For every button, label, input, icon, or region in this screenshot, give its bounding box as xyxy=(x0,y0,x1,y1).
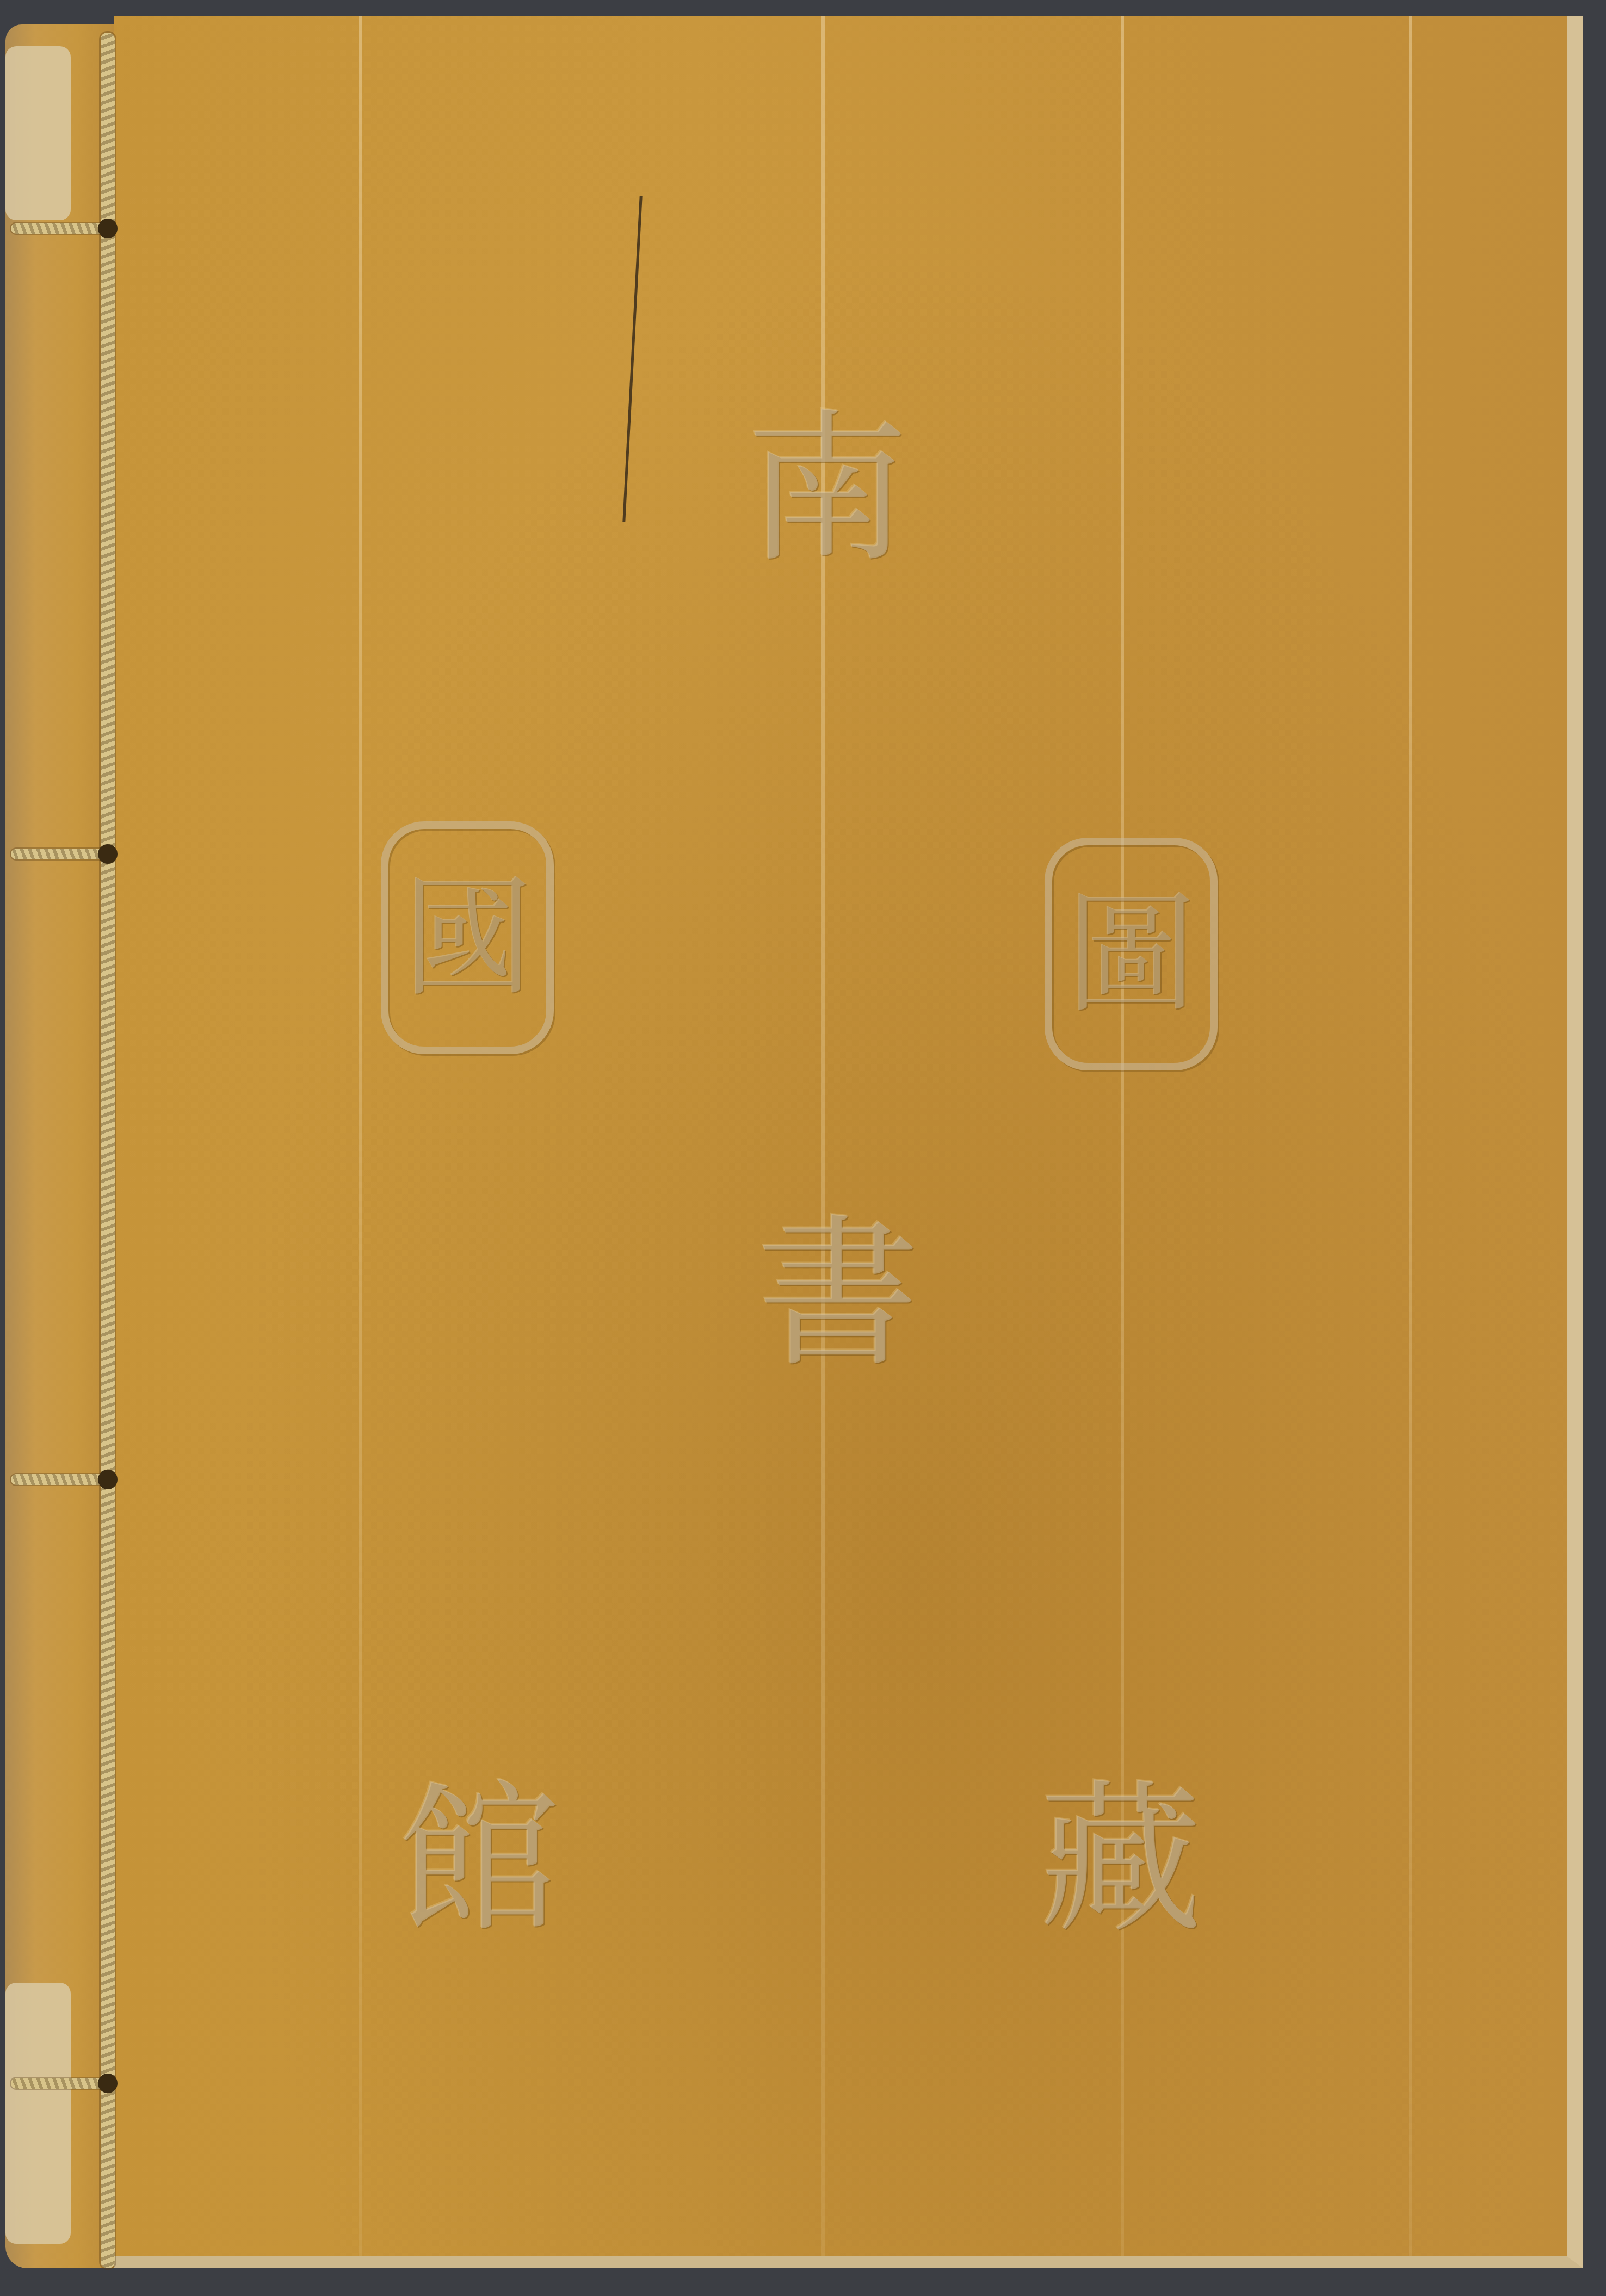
binding-thread-stitch-2 xyxy=(11,849,109,859)
spine-wear xyxy=(5,1983,71,2244)
embossed-char-bottom-left: 館 xyxy=(397,1779,560,1942)
cover-crease xyxy=(821,16,825,2256)
seal-right-char: 圖 xyxy=(1066,889,1196,1019)
embossed-char-top: 南 xyxy=(745,408,909,571)
binding-knot xyxy=(98,2074,118,2093)
binding-thread-stitch-1 xyxy=(11,223,109,234)
spine-wear xyxy=(5,46,71,220)
binding-knot xyxy=(98,219,118,238)
binding-thread-stitch-4 xyxy=(11,2078,109,2089)
binding-thread-vertical xyxy=(101,33,115,2268)
binding-thread-stitch-3 xyxy=(11,1474,109,1485)
seal-left: 國 xyxy=(381,821,554,1054)
binding-knot xyxy=(98,1470,118,1489)
seal-left-char: 國 xyxy=(402,872,533,1003)
cover-crease xyxy=(359,16,362,2256)
book: 南 國 圖 書 館 藏 xyxy=(5,16,1589,2274)
front-cover xyxy=(114,16,1583,2268)
binding-knot xyxy=(98,844,118,864)
cover-crease xyxy=(1409,16,1412,2256)
embossed-char-middle: 書 xyxy=(756,1213,919,1376)
embossed-char-bottom-right: 藏 xyxy=(1039,1779,1202,1942)
seal-right: 圖 xyxy=(1045,838,1218,1070)
